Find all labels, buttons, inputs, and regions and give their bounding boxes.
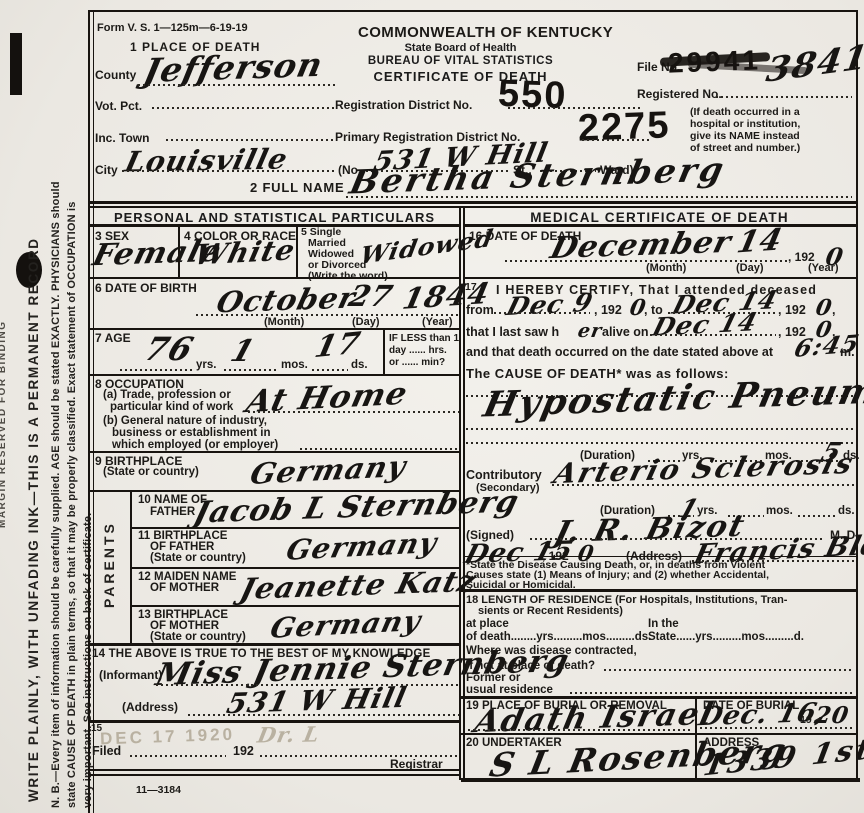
city-value: Louisville — [122, 143, 291, 179]
dotted-line — [138, 84, 336, 86]
dotted-line — [798, 515, 836, 517]
county-label: County — [95, 68, 136, 82]
last-saw-date: Dec 14 — [649, 307, 761, 341]
if-less-line2: day ...... hrs. — [389, 345, 447, 356]
last-saw-label: that I last saw h — [466, 325, 559, 339]
dotted-line — [650, 334, 776, 336]
attended-from-date: Dec 9 — [503, 288, 596, 321]
age-mos-label: mos. — [281, 359, 308, 371]
occupation-a-value: At Home — [243, 376, 412, 420]
bureau-subtitle: BUREAU OF VITAL STATISTICS — [358, 55, 563, 67]
from-label: from — [466, 303, 494, 317]
form-code: 11—3184 — [136, 784, 181, 796]
vot-pct-label: Vot. Pct. — [95, 99, 142, 113]
frame-left-outer — [88, 10, 90, 813]
if-not-label: if not at place of death? — [466, 660, 595, 672]
rule-line — [463, 277, 856, 279]
dotted-line — [552, 484, 854, 486]
primary-district-stamp: 2275 — [577, 104, 671, 150]
dotted-line — [122, 170, 336, 172]
contributory-label: Contributory — [466, 468, 542, 482]
dotted-line — [346, 196, 852, 198]
time-m-label: m. — [840, 345, 855, 359]
dotted-line — [700, 727, 852, 729]
where-contracted-label: Where was disease contracted, — [466, 645, 637, 657]
frame-left-inner — [93, 10, 94, 813]
form-number: Form V. S. 1—125m—6-19-19 — [97, 22, 248, 34]
dotted-line — [312, 369, 348, 371]
dotted-line — [466, 428, 854, 430]
alive-on-label: alive on — [602, 325, 649, 339]
comma: , — [832, 303, 835, 317]
informant-label: (Informant) — [99, 668, 162, 682]
margin-nb-line1: N. B.—Every item of information should b… — [50, 181, 62, 808]
occupation-b-line3: which employed (or employer) — [112, 439, 278, 451]
dotted-line — [582, 139, 652, 141]
rule-line — [90, 774, 459, 776]
margin-binding-note: MARGIN RESERVED FOR BINDING — [0, 320, 8, 528]
dotted-line — [466, 442, 854, 444]
informant-address-label: (Address) — [122, 700, 178, 714]
her-value: er — [576, 320, 604, 342]
state-board-subtitle: State Board of Health — [358, 42, 563, 54]
filed-faint-note: Dr. L — [255, 721, 322, 747]
residence-label-line2: sients or Recent Residents) — [478, 605, 623, 617]
occupation-a-line1: (a) Trade, profession or — [103, 389, 231, 401]
rule-line-heavy — [461, 589, 856, 592]
dod-day-caption: (Day) — [736, 262, 764, 274]
scan-artifact-bar — [10, 33, 22, 95]
age-years-value: 76 — [140, 330, 199, 368]
certify-item-number: 17 — [465, 281, 477, 293]
rule-line-heavy — [461, 778, 860, 782]
dotted-line — [224, 369, 276, 371]
dotted-line — [468, 729, 690, 731]
rule-line — [90, 224, 459, 227]
if-less-line1: IF LESS than 1 — [389, 333, 459, 344]
dotted-line — [494, 312, 590, 314]
cell-divider — [178, 224, 180, 277]
birthplace-value: Germany — [247, 449, 410, 491]
occurred-label: and that death occurred on the date stat… — [466, 345, 773, 359]
registered-no-label: Registered No. — [637, 87, 722, 101]
burial-date-year-digit: 20 — [813, 702, 852, 729]
usual-residence-label: usual residence — [466, 684, 553, 696]
dotted-line — [188, 714, 459, 716]
from-year-printed: , 192 — [594, 303, 622, 317]
personal-section-title: PERSONAL AND STATISTICAL PARTICULARS — [90, 210, 459, 225]
rule-line — [90, 328, 459, 330]
father-birthplace-caption: (State or country) — [150, 552, 246, 564]
hospital-note-line2: hospital or institution, — [690, 118, 800, 130]
age-ds-label: ds. — [351, 359, 368, 371]
burial-date-year-printed: 19 — [800, 714, 812, 726]
registered-no-value: 3841 — [764, 37, 864, 90]
section-divider — [88, 206, 858, 208]
age-months-value: 1 — [226, 334, 259, 369]
birthplace-caption: (State or country) — [103, 466, 199, 478]
margin-write-plainly-note: WRITE PLAINLY, WITH UNFADING INK—THIS IS… — [26, 237, 41, 802]
father-name-label-line2: FATHER — [150, 506, 195, 518]
at-place-label: at place — [466, 618, 509, 630]
rule-line-heavy — [90, 643, 459, 646]
medical-section-title: MEDICAL CERTIFICATE OF DEATH — [463, 210, 856, 225]
to-year-printed: , 192 — [778, 303, 806, 317]
occupation-a-line2: particular kind of work — [110, 401, 233, 413]
state-duration-line: State......yrs.........mos.........d. — [648, 631, 804, 643]
commonwealth-title: COMMONWEALTH OF KENTUCKY — [358, 24, 613, 41]
dotted-line — [716, 96, 852, 98]
dod-year-caption: (Year) — [808, 262, 839, 274]
date-of-death-day-value: 14 — [734, 223, 786, 261]
parents-label: PARENTS — [101, 521, 117, 608]
registration-district-label: Registration District No. — [335, 98, 472, 112]
dotted-line — [152, 107, 336, 109]
rule-line — [90, 769, 459, 771]
dod-month-caption: (Month) — [646, 262, 686, 274]
mother-name-value: Jeanette Katz — [237, 564, 480, 606]
contrib-duration-ds-label: ds. — [838, 505, 855, 517]
dotted-line — [130, 755, 226, 757]
age-label: 7 AGE — [95, 331, 131, 345]
dotted-line — [570, 692, 854, 694]
race-value: White — [191, 233, 298, 271]
rule-line — [463, 556, 856, 557]
in-the-label: In the — [648, 618, 679, 630]
contrib-duration-mos-label: mos. — [766, 505, 793, 517]
father-birthplace-value: Germany — [283, 526, 441, 567]
mother-birthplace-value: Germany — [267, 604, 425, 645]
city-label: City — [95, 163, 118, 177]
dotted-line — [248, 411, 459, 413]
frame-top — [88, 10, 858, 12]
cell-divider — [296, 224, 298, 277]
rule-line — [90, 277, 459, 279]
dotted-line — [604, 669, 854, 671]
death-certificate-scan: MARGIN RESERVED FOR BINDING WRITE PLAINL… — [0, 0, 864, 813]
secondary-label: (Secondary) — [476, 482, 540, 494]
age-yrs-label: yrs. — [196, 359, 216, 371]
dob-day-value: 27 — [345, 279, 397, 313]
section-divider — [88, 201, 858, 204]
filed-label: Filed — [92, 744, 121, 758]
dob-label: 6 DATE OF BIRTH — [95, 281, 197, 295]
former-label: Former or — [466, 672, 520, 684]
dotted-line — [196, 314, 459, 316]
dob-year-caption: (Year) — [422, 316, 453, 328]
full-name-label: 2 FULL NAME — [250, 180, 345, 195]
occupation-b-line1: (b) General nature of industry, — [103, 415, 267, 427]
dotted-line — [120, 369, 192, 371]
hospital-note-line3: give its NAME instead — [690, 130, 800, 142]
inc-town-label: Inc. Town — [95, 131, 149, 145]
registration-district-stamp: 550 — [497, 73, 568, 118]
of-death-duration-line: of death........yrs.........mos.........… — [466, 631, 651, 643]
filed-year-prefix: 192 — [233, 744, 254, 758]
dob-month-caption: (Month) — [264, 316, 304, 328]
dotted-line — [166, 139, 336, 141]
if-less-line3: or ...... min? — [389, 357, 445, 368]
occupation-b-line2: business or establishment in — [112, 427, 270, 439]
margin-nb-line2: state CAUSE OF DEATH in plain terms, so … — [66, 201, 78, 808]
mother-birthplace-caption: (State or country) — [150, 631, 246, 643]
cell-divider — [383, 328, 385, 374]
hospital-note-line1: (If death occurred in a — [690, 106, 800, 118]
rule-line — [461, 733, 856, 735]
mother-name-label-line2: OF MOTHER — [150, 582, 219, 594]
